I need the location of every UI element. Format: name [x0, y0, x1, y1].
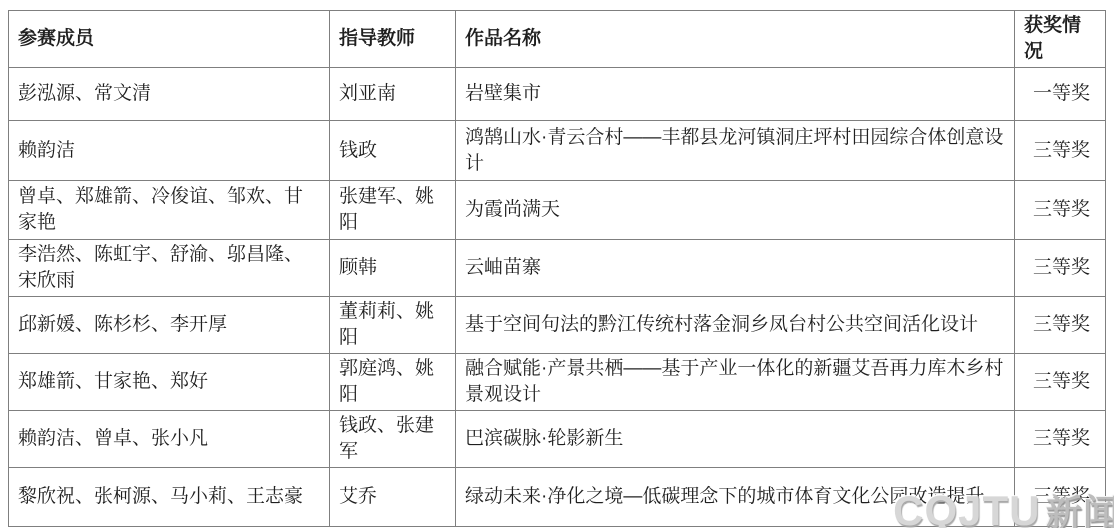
work-cell: 为霞尚满天 [456, 181, 1015, 240]
table-row: 赖韵洁 钱政 鸿鹄山水·青云合村——丰都县龙河镇洞庄坪村田园综合体创意设计 三等… [9, 121, 1106, 181]
members-cell: 李浩然、陈虹宇、舒渝、邬昌隆、宋欣雨 [9, 240, 330, 297]
teacher-cell: 艾乔 [330, 468, 456, 527]
work-cell: 岩壁集市 [456, 68, 1015, 121]
header-teacher: 指导教师 [330, 11, 456, 68]
table-row: 黎欣祝、张柯源、马小莉、王志豪 艾乔 绿动未来·净化之境—低碳理念下的城市体育文… [9, 468, 1106, 527]
award-cell: 三等奖 [1015, 121, 1106, 181]
teacher-cell: 顾韩 [330, 240, 456, 297]
award-cell: 三等奖 [1015, 240, 1106, 297]
teacher-cell: 郭庭鸿、姚阳 [330, 354, 456, 411]
award-cell: 三等奖 [1015, 354, 1106, 411]
members-cell: 郑雄箭、甘家艳、郑好 [9, 354, 330, 411]
members-cell: 彭泓源、常文清 [9, 68, 330, 121]
header-award: 获奖情况 [1015, 11, 1106, 68]
award-cell: 三等奖 [1015, 411, 1106, 468]
work-cell: 基于空间句法的黔江传统村落金洞乡凤台村公共空间活化设计 [456, 297, 1015, 354]
members-cell: 赖韵洁 [9, 121, 330, 181]
award-cell: 三等奖 [1015, 297, 1106, 354]
work-cell: 绿动未来·净化之境—低碳理念下的城市体育文化公园改造提升 [456, 468, 1015, 527]
members-cell: 黎欣祝、张柯源、马小莉、王志豪 [9, 468, 330, 527]
table-header-row: 参赛成员 指导教师 作品名称 获奖情况 [9, 11, 1106, 68]
table-row: 曾卓、郑雄箭、冷俊谊、邹欢、甘家艳 张建军、姚阳 为霞尚满天 三等奖 [9, 181, 1106, 240]
table-row: 彭泓源、常文清 刘亚南 岩壁集市 一等奖 [9, 68, 1106, 121]
members-cell: 曾卓、郑雄箭、冷俊谊、邹欢、甘家艳 [9, 181, 330, 240]
work-cell: 巴滨碳脉·轮影新生 [456, 411, 1015, 468]
page: 参赛成员 指导教师 作品名称 获奖情况 彭泓源、常文清 刘亚南 岩壁集市 一等奖… [0, 0, 1114, 528]
work-cell: 融合赋能·产景共栖——基于产业一体化的新疆艾吾再力库木乡村景观设计 [456, 354, 1015, 411]
header-members: 参赛成员 [9, 11, 330, 68]
teacher-cell: 刘亚南 [330, 68, 456, 121]
award-cell: 三等奖 [1015, 468, 1106, 527]
members-cell: 赖韵洁、曾卓、张小凡 [9, 411, 330, 468]
work-cell: 云岫苗寨 [456, 240, 1015, 297]
teacher-cell: 钱政、张建军 [330, 411, 456, 468]
teacher-cell: 钱政 [330, 121, 456, 181]
header-work: 作品名称 [456, 11, 1015, 68]
table-row: 郑雄箭、甘家艳、郑好 郭庭鸿、姚阳 融合赋能·产景共栖——基于产业一体化的新疆艾… [9, 354, 1106, 411]
members-cell: 邱新媛、陈杉杉、李开厚 [9, 297, 330, 354]
table-row: 邱新媛、陈杉杉、李开厚 董莉莉、姚阳 基于空间句法的黔江传统村落金洞乡凤台村公共… [9, 297, 1106, 354]
teacher-cell: 董莉莉、姚阳 [330, 297, 456, 354]
teacher-cell: 张建军、姚阳 [330, 181, 456, 240]
table-row: 赖韵洁、曾卓、张小凡 钱政、张建军 巴滨碳脉·轮影新生 三等奖 [9, 411, 1106, 468]
table-row: 李浩然、陈虹宇、舒渝、邬昌隆、宋欣雨 顾韩 云岫苗寨 三等奖 [9, 240, 1106, 297]
work-cell: 鸿鹄山水·青云合村——丰都县龙河镇洞庄坪村田园综合体创意设计 [456, 121, 1015, 181]
award-cell: 一等奖 [1015, 68, 1106, 121]
award-cell: 三等奖 [1015, 181, 1106, 240]
awards-table: 参赛成员 指导教师 作品名称 获奖情况 彭泓源、常文清 刘亚南 岩壁集市 一等奖… [8, 10, 1106, 527]
